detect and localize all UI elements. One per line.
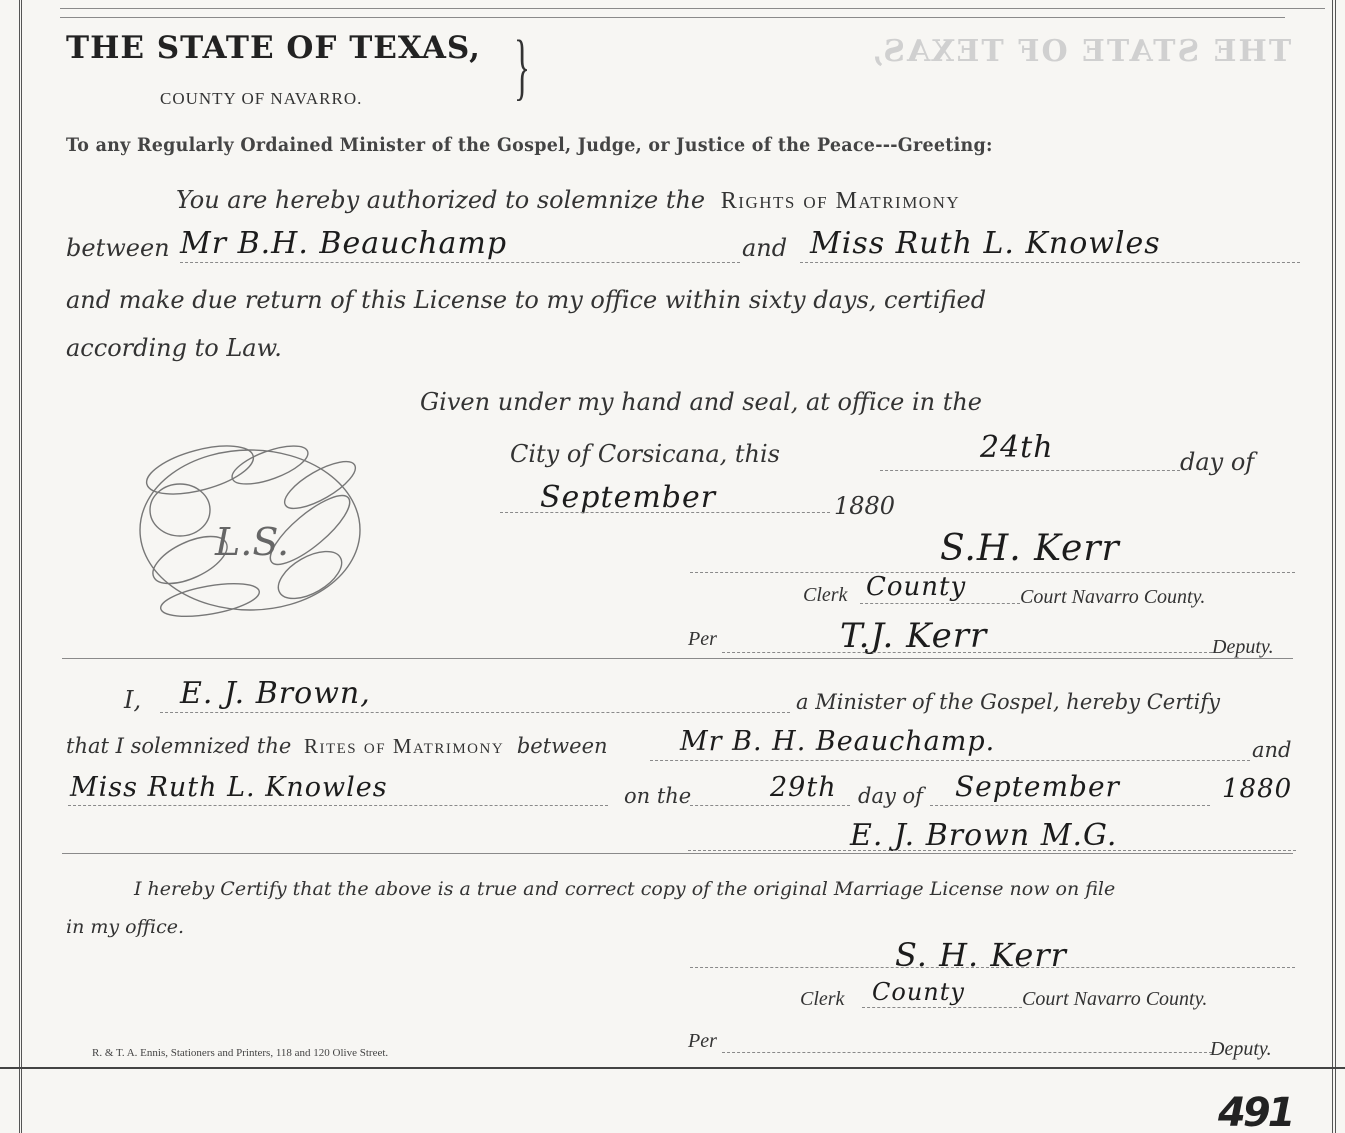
per-label: Per bbox=[688, 628, 717, 651]
between-label-2: between bbox=[517, 734, 608, 758]
section-divider-2 bbox=[62, 853, 1293, 854]
day-of-label-2: day of bbox=[858, 784, 923, 808]
given-year: 1880 bbox=[834, 492, 895, 520]
court-suffix-2: Court Navarro County. bbox=[1022, 988, 1207, 1011]
clerk-label: Clerk bbox=[803, 584, 847, 607]
court-type-field-2: County bbox=[872, 978, 965, 1006]
top-rule bbox=[60, 8, 1325, 9]
ceremony-year-field: 1880 bbox=[1222, 774, 1292, 804]
seal-label: L.S. bbox=[214, 520, 289, 564]
county-label: COUNTY OF NAVARRO. bbox=[160, 89, 362, 109]
court-type-line bbox=[860, 603, 1020, 604]
page-number: 491 bbox=[1218, 1090, 1293, 1133]
minister-signature-line bbox=[688, 850, 1296, 851]
month-line bbox=[500, 512, 830, 513]
day-of-label: day of bbox=[1180, 448, 1254, 476]
groom-name-field-2: Mr B. H. Beauchamp. bbox=[680, 726, 995, 757]
city-prefix: City of Corsicana, this bbox=[510, 440, 780, 468]
given-month-field: September bbox=[540, 480, 716, 515]
left-border-inner bbox=[21, 0, 22, 1133]
day-line bbox=[880, 470, 1180, 471]
clerk-label-2: Clerk bbox=[800, 988, 844, 1011]
deputy-label: Deputy. bbox=[1212, 636, 1274, 659]
rites-of-matrimony: Rites of Matrimony bbox=[304, 734, 504, 758]
clerk-signature-2: S. H. Kerr bbox=[895, 936, 1067, 974]
seal-scroll-icon: L.S. bbox=[120, 430, 380, 620]
top-rule-2 bbox=[60, 17, 1285, 18]
bride-name-field-2: Miss Ruth L. Knowles bbox=[70, 772, 388, 803]
minister-signature: E. J. Brown M.G. bbox=[850, 818, 1117, 853]
according-to-law: according to Law. bbox=[66, 334, 282, 362]
minister-title: a Minister of the Gospel, hereby Certify bbox=[796, 690, 1220, 714]
solemnized-text: that I solemnized the Rites of Matrimony… bbox=[66, 734, 608, 759]
section-divider-1 bbox=[62, 658, 1293, 659]
return-instruction: and make due return of this License to m… bbox=[66, 286, 986, 314]
authorization-prefix: You are hereby authorized to solemnize t… bbox=[176, 186, 705, 214]
rights-of-matrimony: Rights of Matrimony bbox=[721, 188, 960, 214]
between-label: between bbox=[66, 234, 170, 262]
and-label-2: and bbox=[1252, 738, 1292, 762]
right-border-outer bbox=[1335, 0, 1336, 1133]
ceremony-day-line bbox=[690, 805, 850, 806]
per-label-2: Per bbox=[688, 1030, 717, 1053]
authorization-text: You are hereby authorized to solemnize t… bbox=[176, 186, 960, 215]
greeting-heading: To any Regularly Ordained Minister of th… bbox=[66, 134, 993, 156]
solemnized-prefix: that I solemnized the bbox=[66, 734, 291, 758]
groom-line-2 bbox=[650, 760, 1250, 761]
bottom-rule bbox=[0, 1067, 1345, 1069]
court-suffix: Court Navarro County. bbox=[1020, 586, 1205, 609]
deputy-signature-1: T.J. Kerr bbox=[840, 616, 987, 656]
state-title: THE STATE OF TEXAS, bbox=[66, 30, 481, 66]
copy-certification-text: I hereby Certify that the above is a tru… bbox=[134, 878, 1115, 900]
minister-name-field: E. J. Brown, bbox=[180, 676, 371, 711]
bride-line-2 bbox=[68, 805, 608, 806]
given-under-hand: Given under my hand and seal, at office … bbox=[420, 388, 982, 416]
ceremony-day-field: 29th bbox=[770, 772, 837, 803]
right-border bbox=[1332, 0, 1333, 1133]
bleed-through-title: THE STATE OF TEXAS, bbox=[870, 34, 1291, 69]
court-type-field: County bbox=[866, 572, 966, 602]
groom-name-field: Mr B.H. Beauchamp bbox=[180, 226, 507, 261]
clerk-signature-1: S.H. Kerr bbox=[940, 528, 1120, 569]
deputy-label-2: Deputy. bbox=[1210, 1038, 1272, 1061]
given-day-field: 24th bbox=[980, 430, 1054, 465]
deputy-line bbox=[722, 652, 1212, 653]
court-type-line-2 bbox=[862, 1007, 1022, 1008]
on-the-label: on the bbox=[624, 784, 691, 808]
i-label: I, bbox=[124, 686, 141, 714]
deputy-line-2 bbox=[722, 1052, 1212, 1053]
minister-name-line bbox=[160, 712, 790, 713]
and-label: and bbox=[742, 234, 787, 262]
in-my-office: in my office. bbox=[66, 916, 184, 938]
brace-icon: } bbox=[514, 30, 530, 104]
bride-name-field: Miss Ruth L. Knowles bbox=[810, 226, 1161, 261]
ceremony-month-line bbox=[930, 805, 1210, 806]
bride-line bbox=[800, 262, 1300, 263]
ceremony-month-field: September bbox=[955, 770, 1120, 803]
printer-imprint: R. & T. A. Ennis, Stationers and Printer… bbox=[92, 1047, 388, 1059]
clerk-signature-line bbox=[690, 572, 1295, 573]
left-border bbox=[19, 0, 20, 1133]
groom-line bbox=[180, 262, 740, 263]
clerk-signature-line-2 bbox=[690, 967, 1295, 968]
